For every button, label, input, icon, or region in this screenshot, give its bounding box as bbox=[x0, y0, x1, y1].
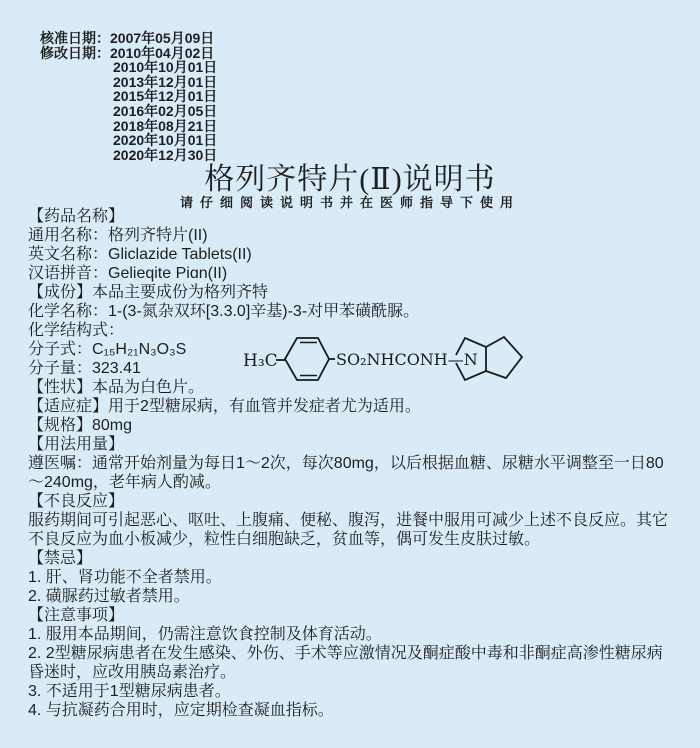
revision-date-value: 2010年10月01日 bbox=[40, 60, 217, 75]
revision-date-value: 2020年10月01日 bbox=[40, 133, 217, 148]
benzene-ring bbox=[285, 338, 329, 380]
paragraph: 【适应症】用于2型糖尿病，有血管并发症者尤为适用。 bbox=[28, 397, 676, 416]
revision-date-list: 2010年10月01日 2013年12月01日 2015年12月01日 2016… bbox=[40, 60, 217, 162]
paragraph: 【规格】80mg bbox=[28, 416, 676, 435]
revision-date-value: 2015年12月01日 bbox=[40, 89, 217, 104]
paragraph: 1. 服用本品期间，仍需注意饮食控制及体育活动。 bbox=[28, 625, 676, 644]
paragraph: 【注意事项】 bbox=[28, 606, 676, 625]
paragraph: 【用法用量】 bbox=[28, 435, 676, 454]
right-pentagon-ring bbox=[486, 337, 522, 378]
chemical-structure-diagram: H₃C SO₂NHCONH—N bbox=[240, 329, 532, 387]
approval-date-value: 2007年05月09日 bbox=[110, 30, 214, 46]
paragraph: 汉语拼音：Gelieqite Piɑn(II) bbox=[28, 264, 676, 283]
paragraph: 【不良反应】 bbox=[28, 492, 676, 511]
paragraph: 3. 不适用于1型糖尿病患者。 bbox=[28, 682, 676, 701]
paragraph: 【禁忌】 bbox=[28, 549, 676, 568]
paragraph: 1. 肝、肾功能不全者禁用。 bbox=[28, 568, 676, 587]
methyl-group-label: H₃C bbox=[243, 351, 278, 371]
paragraph: 遵医嘱：通常开始剂量为每日1～2次，每次80mg，以后根据血糖、尿糖水平调整至一… bbox=[28, 454, 676, 492]
revision-date-value: 2013年12月01日 bbox=[40, 75, 217, 90]
revision-date-value: 2018年08月21日 bbox=[40, 119, 217, 134]
date-block: 核准日期：2007年05月09日 修改日期：2010年04月02日 2010年1… bbox=[40, 31, 217, 162]
paragraph: 通用名称：格列齐特片(II) bbox=[28, 226, 676, 245]
revision-date-label: 修改日期： bbox=[40, 45, 110, 61]
paragraph: 4. 与抗凝药合用时，应定期检查凝血指标。 bbox=[28, 701, 676, 720]
paragraph: 【成份】本品主要成份为格列齐特 bbox=[28, 283, 676, 302]
paragraph: 【药品名称】 bbox=[28, 207, 676, 226]
approval-date-row: 核准日期：2007年05月09日 bbox=[40, 31, 217, 46]
revision-date-value: 2016年02月05日 bbox=[40, 104, 217, 119]
document-body: 【药品名称】 通用名称：格列齐特片(II) 英文名称：Gliclazide Ta… bbox=[28, 207, 676, 720]
revision-date-row: 修改日期：2010年04月02日 bbox=[40, 46, 217, 61]
approval-date-label: 核准日期： bbox=[40, 30, 110, 46]
leaflet-page: 核准日期：2007年05月09日 修改日期：2010年04月02日 2010年1… bbox=[0, 0, 700, 748]
paragraph: 化学名称：1-(3-氮杂双环[3.3.0]辛基)-3-对甲苯磺酰脲。 bbox=[28, 302, 676, 321]
paragraph: 英文名称：Gliclazide Tablets(II) bbox=[28, 245, 676, 264]
paragraph: 2. 2型糖尿病患者在发生感染、外伤、手术等应激情况及酮症酸中毒和非酮症高渗性糖… bbox=[28, 644, 676, 682]
revision-date-value: 2010年04月02日 bbox=[110, 45, 214, 61]
paragraph: 服药期间可引起恶心、呕吐、上腹痛、便秘、腹泻，进餐中服用可减少上述不良反应。其它… bbox=[28, 511, 676, 549]
paragraph: 2. 磺脲药过敏者禁用。 bbox=[28, 587, 676, 606]
